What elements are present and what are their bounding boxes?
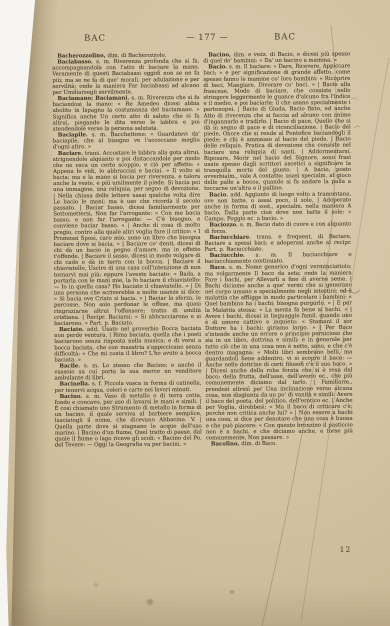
- running-header: BAC — 177 — BAC: [52, 32, 352, 47]
- text-column-right: Bacino, dim. e vezz. di Bacio, e dicesi …: [203, 51, 353, 546]
- entry-headword: Baciato.: [59, 326, 87, 333]
- entry-headword: Bacolino,: [211, 440, 241, 447]
- entry-headword: Baciapile.: [58, 131, 92, 138]
- dictionary-entry: Bacio. s. m. Il baciare: « Dare, Ricever…: [203, 63, 351, 192]
- dictionary-entry: Baciucchiare. trans. e frequent. di Baci…: [204, 233, 351, 252]
- entry-headword: Baco.: [210, 264, 229, 271]
- dictionary-entry: Baciabasso. s. m. Riverenza profonda che…: [52, 58, 199, 95]
- entry-headword: Baciare.: [58, 150, 85, 157]
- text-column-left: Bacherozzolino, dim. di Bacherozzolo.Bac…: [52, 52, 202, 547]
- entry-headword: Bacio.: [208, 63, 229, 70]
- dictionary-entry: Baciato. add. Usato nel proverbio Bocca …: [54, 325, 201, 362]
- dictionary-entry: Baciapile. s. m. Bacchettone: « Guardate…: [53, 131, 200, 150]
- dictionary-entry: Bacile. s. m. Lo stesso che Bacino; e an…: [54, 362, 201, 381]
- dictionary-entry: Baciare. trans. Accostare le labbra alla…: [53, 149, 201, 326]
- entry-headword: Bacìo.: [209, 191, 230, 198]
- entry-headword: Baciucchio.: [210, 252, 256, 259]
- dictionary-entry: Baciamano; Baciamani. s. m. Riverenza ch…: [52, 95, 199, 132]
- dictionary-entry: Baco. s. m. Nome generico d'ogni verminc…: [205, 264, 353, 441]
- entry-headword: Baciozzo.: [209, 221, 240, 228]
- running-head-left: BAC: [84, 34, 106, 44]
- entry-headword: Bacile.: [59, 362, 84, 369]
- entry-headword: Bacino,: [208, 51, 233, 58]
- entry-headword: Baciabasso.: [57, 58, 96, 65]
- printed-content: BAC — 177 — BAC Bacherozzolino, dim. di …: [0, 0, 390, 626]
- dictionary-entry: Bacino. s. m. Vaso di metallo o di terra…: [55, 392, 202, 448]
- dictionary-entry: Bacolino, dim. di Baco.: [206, 440, 353, 447]
- signature-number: 12: [340, 545, 352, 554]
- entry-headword: Bacino.: [60, 393, 86, 400]
- entry-headword: Baciucchiare.: [209, 233, 256, 240]
- page-number: — 177 —: [186, 33, 228, 43]
- dictionary-entry: Bacìo. add. Aggiunto di luogo volto a tr…: [204, 191, 351, 222]
- entry-headword: Baciamano; Baciamani.: [57, 94, 131, 101]
- running-head-right: BAC: [274, 32, 296, 42]
- text-columns: Bacherozzolino, dim. di Bacherozzolo.Bac…: [52, 51, 355, 547]
- entry-headword: Bacinella.: [59, 380, 92, 387]
